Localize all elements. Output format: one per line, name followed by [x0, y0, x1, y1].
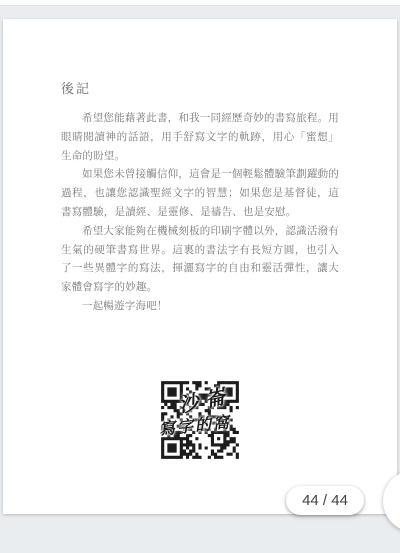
- paragraph-2: 如果您未曾接觸信仰，這會是一個輕鬆體驗筆劃躍動的過程，也讓您認識聖經文字的智慧；…: [61, 165, 339, 221]
- paragraph-3: 希望大家能夠在機械刻板的印刷字體以外，認識活潑有生氣的硬筆書寫世界。這裏的書法字…: [61, 222, 339, 297]
- page-indicator-text: 44 / 44: [302, 492, 348, 509]
- paragraph-4: 一起暢遊字海吧！: [61, 297, 339, 316]
- document-body: 希望您能藉著此書，和我一同經歷奇妙的書寫旅程。用眼睛閱讀神的話語，用手舒寫文字的…: [61, 109, 339, 316]
- paragraph-1: 希望您能藉著此書，和我一同經歷奇妙的書寫旅程。用眼睛閱讀神的話語，用手舒寫文字的…: [61, 109, 339, 165]
- page-title: 後記: [61, 82, 339, 95]
- top-bar: [0, 0, 400, 6]
- qr-code-image: 沙崙 寫字的窩: [158, 378, 242, 462]
- viewer-screen: 後記 希望您能藉著此書，和我一同經歷奇妙的書寫旅程。用眼睛閱讀神的話語，用手舒寫…: [0, 0, 400, 553]
- document-page[interactable]: 後記 希望您能藉著此書，和我一同經歷奇妙的書寫旅程。用眼睛閱讀神的話語，用手舒寫…: [3, 19, 397, 514]
- page-indicator[interactable]: 44 / 44: [286, 486, 364, 515]
